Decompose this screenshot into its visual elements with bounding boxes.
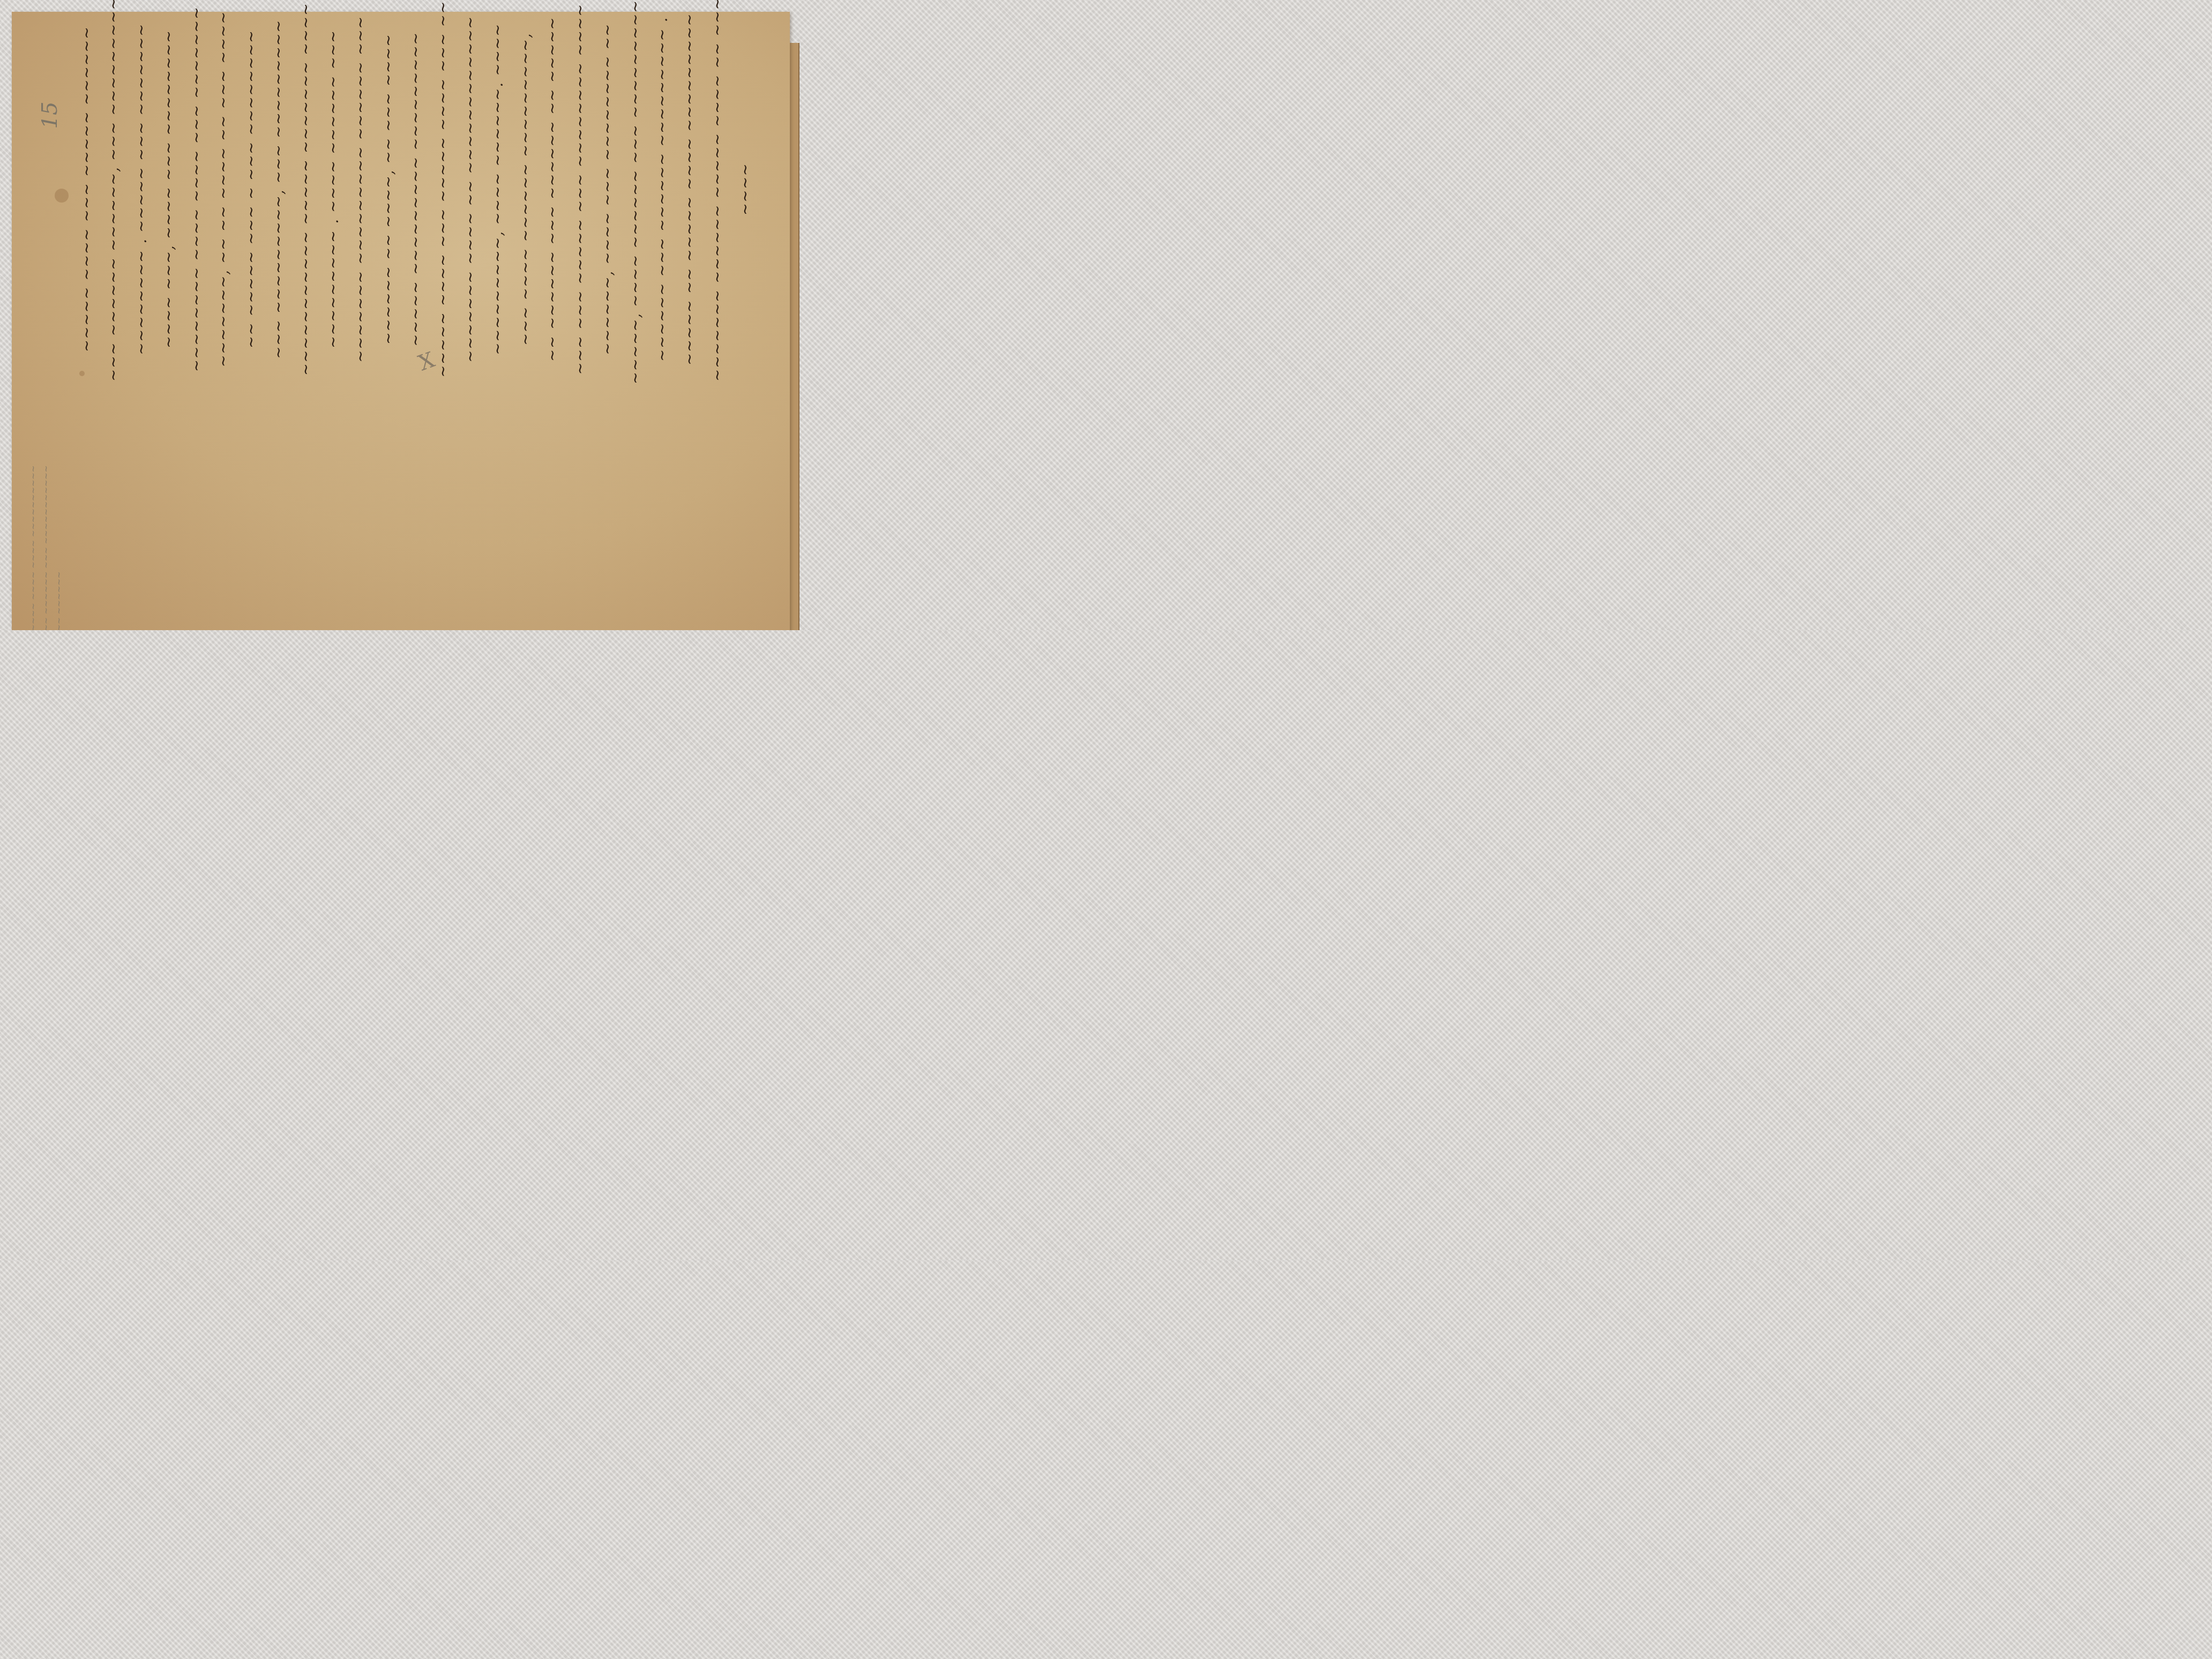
manuscript-line-text: ~~~ ~~~~~~~~~, ~~~ ~~~~~~~~~ [271,19,287,358]
manuscript-line-text: ~~~~~~~~~ . ~~~~ ~~~~~~ ~~~ [325,29,342,348]
manuscript-line-text: ~~~~~ ~~~~ ~~~ ~~~~~ ~~~~ ~~~ ~~ [435,0,452,377]
manuscript-line-text: ~~~~~ ~~~~ ~~~ ~~~~~ ~~~~~~ [79,26,95,352]
manuscript-line: ~~~~~~, ~~~~ ~~~ ~~~~~~~~ ~~ [597,33,619,344]
manuscript-line: ~~~~ ~~~, ~~~~ ~~~ ~~~~~~~~ [159,33,180,344]
manuscript-line-text: ~~~~~~~~ . ~~~~~ ~~~ ~~~~~~~ [133,23,150,354]
manuscript-line-text: ~~~~~~~~~~~ ~~~~~ ~~~~~~~ ~~~~ [298,2,315,376]
manuscript-line: ~~~~~~ ~~ ~~~~, ~~ ~~~ ~~~~ [378,33,399,344]
paper-stain [55,189,69,203]
manuscript-line-text: ~~~~~~~~ ~~~~ ~~~~ ~~~ ~~~~~~~ [188,6,205,372]
manuscript-page: 15 ~~~~~ ~~~~ ~~~ ~~~~~ ~~~~~~~~~ ~~~~~~… [12,12,790,630]
manuscript-line: ~~~ ~~~~~~ ~~~~~~, ~~~ ~~~~~~~~~ [103,33,125,344]
manuscript-line-text: ~~~~~~ ~~ ~~~~, ~~ ~~~ ~~~~ [380,33,397,345]
manuscript-line: ~~~~~~~~ ~~~~ ~~~~ ~~~ ~~~~~~~ [186,33,207,344]
manuscript-line: ~~~ ~~~~~~~~~, ~~~ ~~~~~~~~~ [268,33,289,344]
manuscript-line: ~~~~~~~, ~~ ~~ ~~~~ ~~ ~~~ ~~~~ [213,33,235,344]
manuscript-line-text: ~~~~~~~ ~~~~~~ ~~~~~ ~~~~ ~~ ~~~ [709,0,726,381]
manuscript-line-text: ~~~~~~~~~, ~~~~ ~~~~~~. ~~~~ [490,23,507,354]
manuscript-line: ~~~ ~~~~ ~~~~~~ ~~~~~~~~~, [515,33,536,344]
manuscript-line-text: ~~~~~ ~~~~~~~~~ ~~~~~~~~~ [408,31,424,346]
manuscript-line: ~~~~ [735,33,756,344]
manuscript-line: ~~~~~~~~~~~ ~~~~~ ~~~~~~~ ~~~~ [296,33,317,344]
pencil-x-mark: X [415,348,438,376]
manuscript-line: ~~ ~~~~~~ ~~~ ~~~~~~ ~~ ~~~~~ [542,33,564,344]
manuscript-line-text: ~~~~~~~ ~~~~ ~~ ~~~~~~~~~~~~ [462,15,479,362]
manuscript-line-text: ~~~ ~~~ ~~~~~ ~~~ ~~~~~~~~ ~~~~ [572,3,589,374]
paper-stain [79,371,85,376]
manuscript-line: ~~~~~~~ ~~~~~~ ~~~~~ ~~~~ ~~ ~~~ [707,33,729,344]
manuscript-line-text: ~~ ~~~~~ ~~~ ~ ~~~ ~~~~~~~~ [243,29,260,348]
manuscript-line-text: ~~~~ [737,162,753,215]
manuscript-line: ~~~~~~~ ~~~~ ~~ ~~~~~~~~~~~~ [460,33,482,344]
manuscript-line-text: ~~~~~~, ~~~~ ~~~ ~~~~~~~~ ~~ [600,23,616,354]
manuscript-line: ~~~~~~~~~, ~~~~ ~~~~~~. ~~~~ [488,33,509,344]
manuscript-line: ~~~~~ ~~~~ ~~~ ~~~~~ ~~~~~~ [76,33,98,344]
manuscript-line-text: ~~~~~~~, ~~ ~~ ~~~~ ~~ ~~~ ~~~~ [216,10,233,367]
manuscript-line: ~~~ ~~~ ~~~~~ ~~~ ~~~~~~~~ ~~~~ [570,33,592,344]
manuscript-line-text: ~~ ~~~~~~ ~~~ ~~~~~~ ~~ ~~~~~ [545,16,562,361]
manuscript-line: ~~~~~ ~~~~ ~~~ ~~~~~ ~~~~ ~~~ ~~ [433,33,454,344]
pencil-margin-note: ~~~~~ ~~~~ ~~~~ ~~~~~~~~~~ ~~~ ~~~~~~ ~~… [23,515,87,630]
manuscript-line: ~~~~~~~~~ . ~~~~ ~~~~~~ ~~~ [323,33,345,344]
manuscript-line-text: ~~~~~~~ ~~~~~~~~~ ~~~~~~ ~~~ [353,15,370,362]
margin-note-line: ~~~ ~~~~~~ ~~~ ~~~~~~~~~~~ [41,465,51,630]
manuscript-line-text: ~~~ ~~~~ ~~~~~~ ~~~~~~~~~, [518,32,534,345]
manuscript-line-text: ~~~~ ~~~, ~~~~ ~~~ ~~~~~~~~ [161,29,177,348]
manuscript-line-text: ~~~ ~~~~~~ ~~~~~~, ~~~ ~~~~~~~~~ [106,0,123,381]
manuscript-line: ~~~~~ ~~ ~~~~~ ~~~~ ~~~~~~~~~ [679,33,701,344]
margin-note-line: ~~~~~ ~~~~ ~~~~ ~~~~~~~~~~ [28,465,38,630]
manuscript-line: ~~~~~~ ~~~ ~~~~~~ ~~~~~~~~~ . [652,33,674,344]
manuscript-line: ~~ ~~~~~ ~~~ ~ ~~~ ~~~~~~~~ [241,33,262,344]
handwritten-text-block: ~~~~~ ~~~~ ~~~ ~~~~~ ~~~~~~~~~ ~~~~~~ ~~… [76,33,783,344]
margin-note-line: ~~~ ~~~~~~ [54,571,64,630]
manuscript-line: ~~~~~ ~~~~~~~~~ ~~~~~~~~~ [405,33,427,344]
manuscript-line: ~~~~~~~~ . ~~~~~ ~~~ ~~~~~~~ [131,33,152,344]
manuscript-line: ~~~~~, ~~~~ ~~~~~~ ~~~ ~~~~~~~~~, [625,33,646,344]
manuscript-line-text: ~~~~~ ~~ ~~~~~ ~~~~ ~~~~~~~~~ [682,12,699,365]
manuscript-line-text: ~~~~~~ ~~~ ~~~~~~ ~~~~~~~~~ . [655,16,671,361]
folio-number: 15 [38,102,62,129]
manuscript-line: ~~~~~~~ ~~~~~~~~~ ~~~~~~ ~~~ [350,33,372,344]
manuscript-line-text: ~~~~~, ~~~~ ~~~~~~ ~~~ ~~~~~~~~~, [627,0,644,384]
